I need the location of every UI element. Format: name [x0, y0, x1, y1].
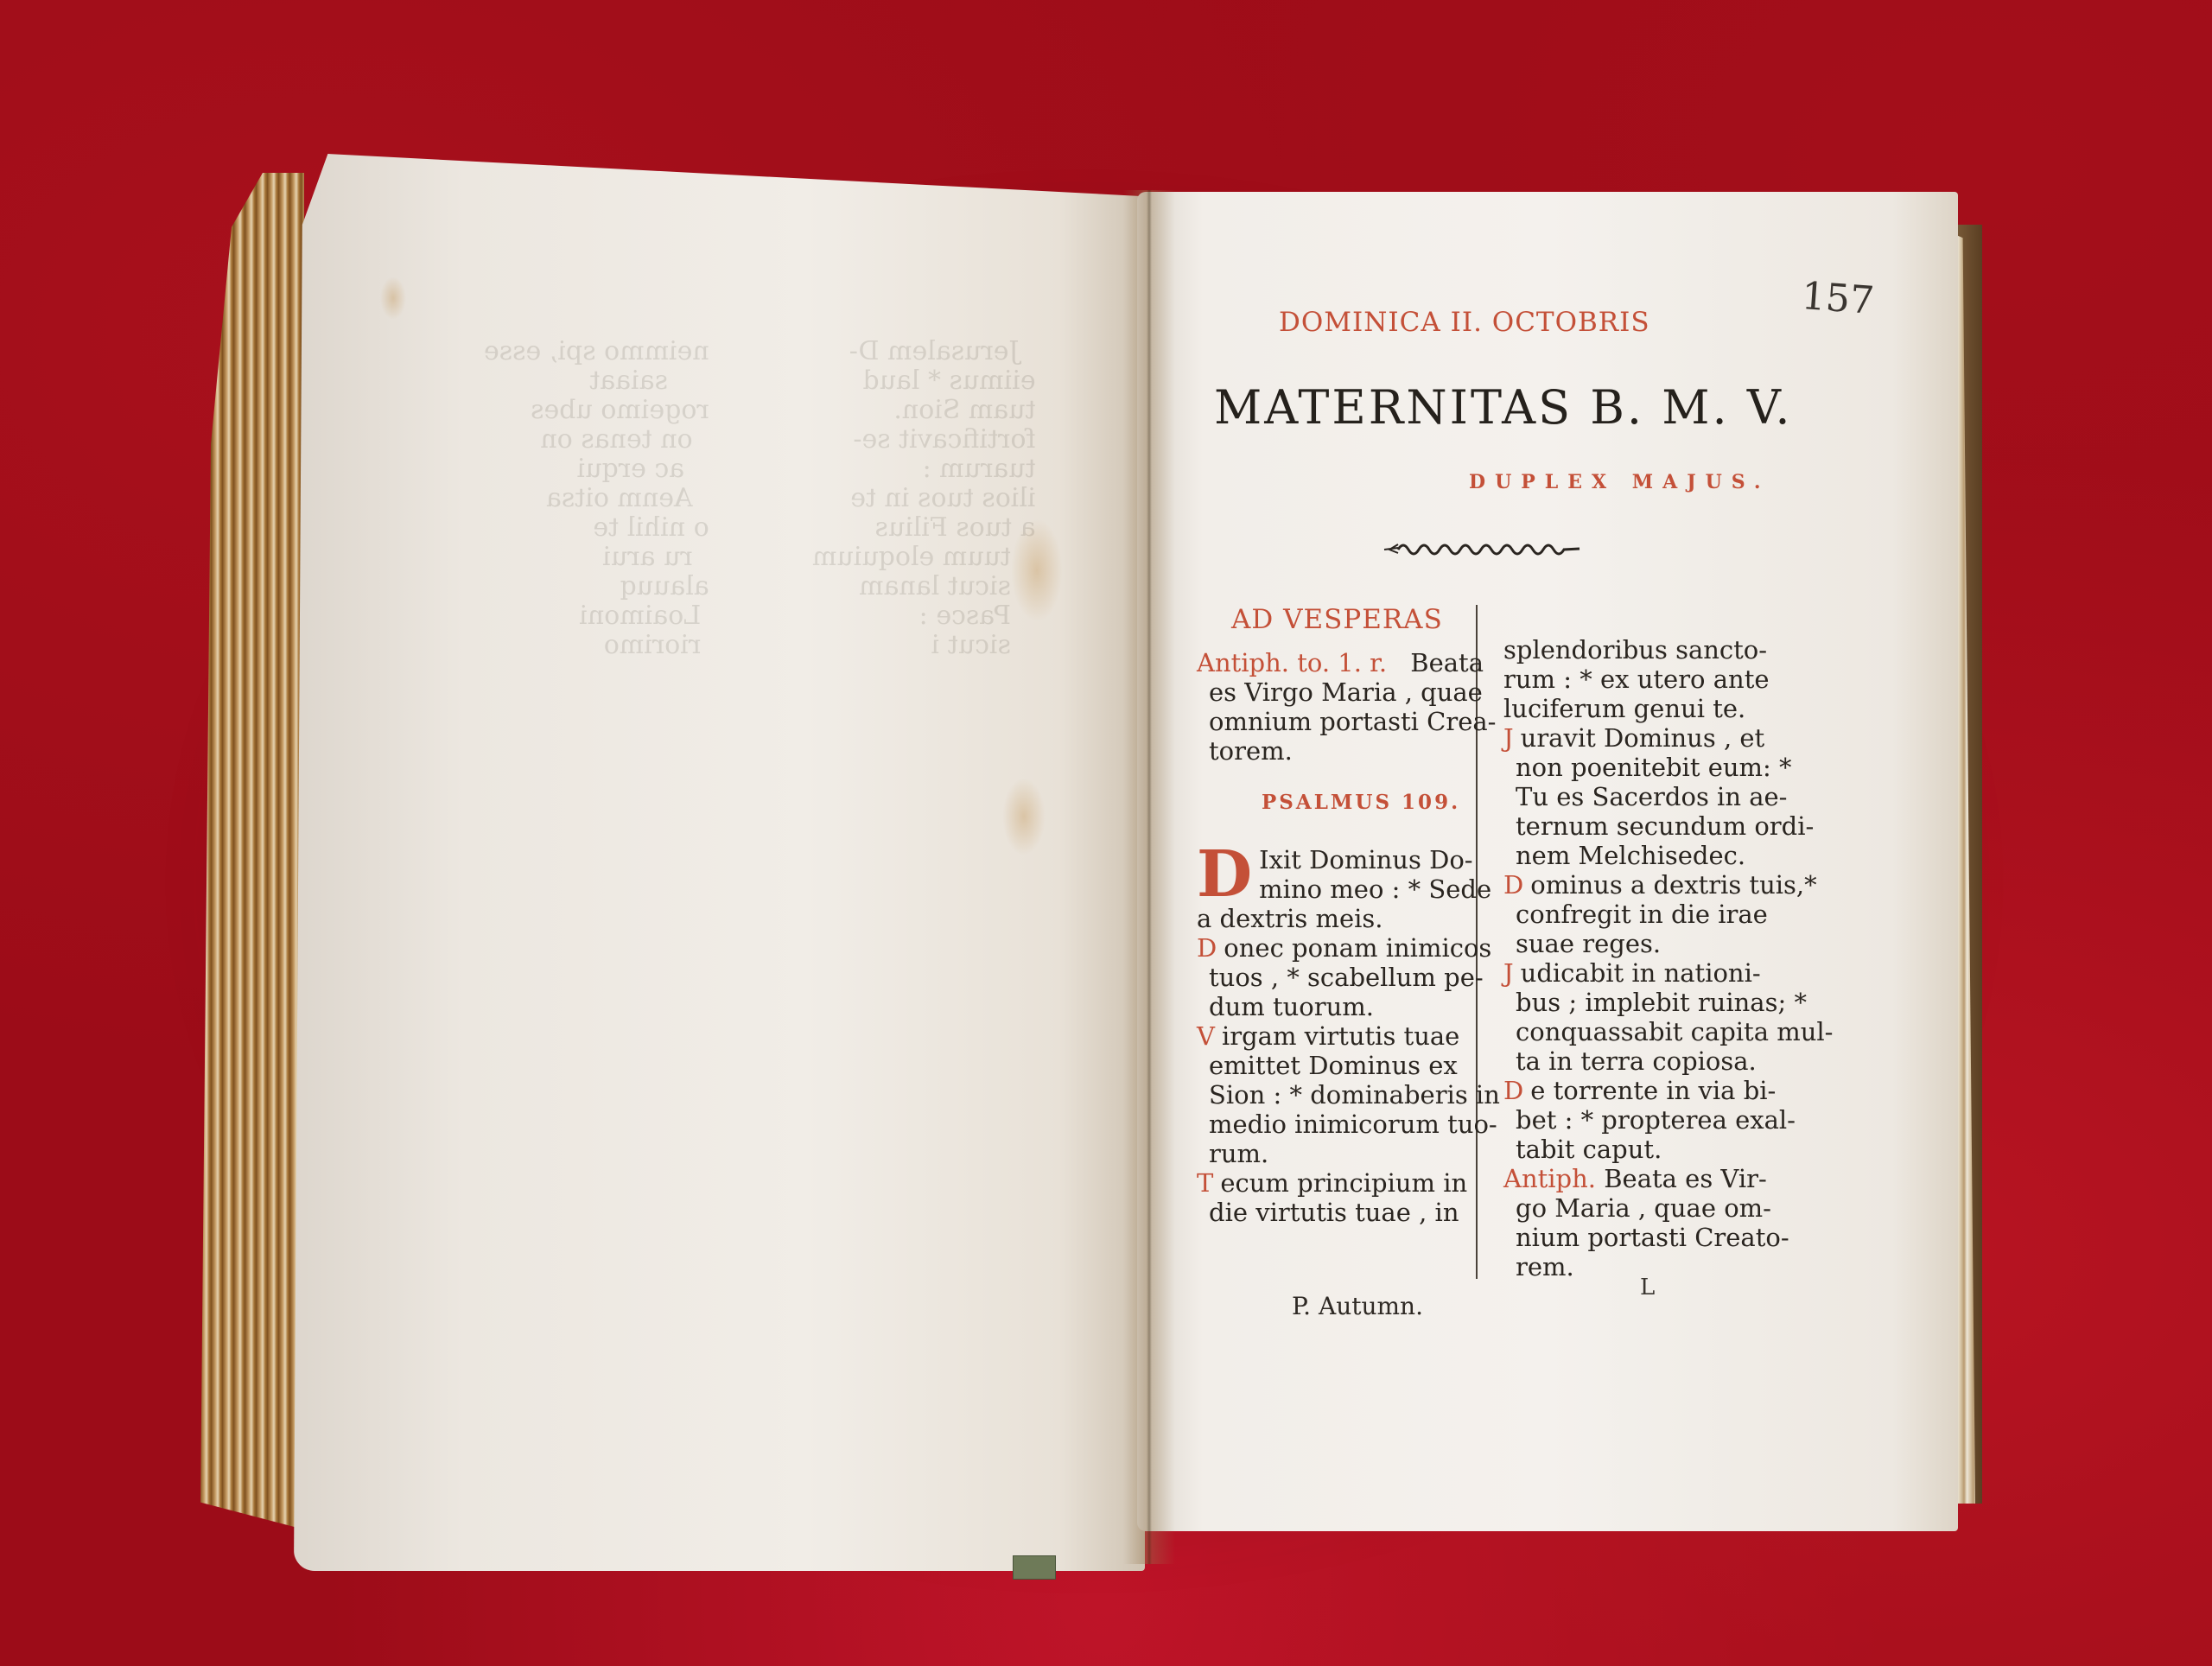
verse: Virgam virtutis tuae emittet Dominus ex … [1197, 1021, 1478, 1168]
antiphon-line: torem. [1197, 736, 1478, 766]
verse: Donec ponam inimicos tuos , * scabellum … [1197, 933, 1478, 1021]
verse-initial: D [1503, 1076, 1523, 1105]
verse-initial: D [1197, 933, 1217, 963]
verse: D Ixit Dominus Do- mino meo : * Sede a d… [1197, 845, 1478, 933]
antiphon-line: Antiph. to. 1. r. Beata [1197, 648, 1478, 677]
psalm-heading: PSALMUS 109. [1197, 788, 1478, 817]
verse: Dominus a dextris tuis,* confregit in di… [1503, 870, 1780, 958]
verse-line: ominus a dextris tuis,* [1530, 870, 1816, 900]
feast-title: MATERNITAS B. M. V. [1214, 380, 1793, 435]
paper-stain [380, 277, 406, 320]
verse-line: Sion : * dominaberis in [1197, 1080, 1478, 1110]
verse-initial: J [1503, 723, 1514, 753]
verse-line: nem Melchisedec. [1503, 841, 1780, 870]
antiphon-line: go Maria , quae om- [1503, 1193, 1780, 1223]
left-column: AD VESPERAS Antiph. to. 1. r. Beata es V… [1197, 605, 1478, 1227]
antiphon-label: Antiph. [1503, 1164, 1596, 1193]
bookmark-ribbon [1013, 1555, 1056, 1580]
paper-stain [1011, 518, 1063, 622]
feast-rank: DUPLEX MAJUS. [1469, 471, 1770, 493]
page-number: 157 [1800, 274, 1875, 323]
antiphon-line: nium portasti Creato- [1503, 1223, 1780, 1252]
verse-initial: J [1503, 958, 1514, 988]
running-head: DOMINICA II. OCTOBRIS [1279, 307, 1650, 338]
verse-line: die virtutis tuae , in [1197, 1198, 1478, 1227]
verse-line: ecum principium in [1220, 1168, 1467, 1198]
antiphon-line: Beata es Vir- [1604, 1164, 1767, 1193]
verse-line: bet : * propterea exal- [1503, 1105, 1780, 1135]
verse-line: luciferum genui te. [1503, 694, 1780, 723]
verse: De torrente in via bi- bet : * propterea… [1503, 1076, 1780, 1164]
verse-line: onec ponam inimicos [1224, 933, 1491, 963]
open-book: neimmo spi, esse saiaat rogeimo ubes on … [0, 0, 2212, 1666]
left-page-show-through-col2: Jerusalem D- eiimus * laud tuam Sion. fo… [812, 337, 1052, 660]
verse-line: non poenitebit eum: * [1503, 753, 1780, 782]
left-page-show-through: neimmo spi, esse saiaat rogeimo ubes on … [484, 337, 734, 660]
antiphon-label: Antiph. to. 1. r. [1197, 648, 1387, 677]
verse-line: medio inimicorum tuo- [1197, 1110, 1478, 1139]
book-gutter [1123, 190, 1175, 1564]
verse-line: tuos , * scabellum pe- [1197, 963, 1478, 992]
verse-initial: D [1503, 870, 1523, 900]
left-page-block-edge [200, 173, 304, 1529]
verse-initial: V [1197, 1021, 1215, 1051]
verse-line: e torrente in via bi- [1530, 1076, 1776, 1105]
antiphon-line: es Virgo Maria , quae [1197, 677, 1478, 707]
verse-line: rum : * ex utero ante [1503, 664, 1780, 694]
verse-line: irgam virtutis tuae [1222, 1021, 1459, 1051]
verse-line: Tu es Sacerdos in ae- [1503, 782, 1780, 811]
verse-line: tabit caput. [1503, 1135, 1780, 1164]
section-heading: AD VESPERAS [1197, 605, 1478, 634]
verse: Juravit Dominus , et non poenitebit eum:… [1503, 723, 1780, 870]
verse: Judicabit in nationi- bus ; implebit rui… [1503, 958, 1780, 1076]
paper-stain [1002, 778, 1046, 855]
verse-initial: T [1197, 1168, 1213, 1198]
verse-line: dum tuorum. [1197, 992, 1478, 1021]
verse-line: bus ; implebit ruinas; * [1503, 988, 1780, 1017]
verse-line: suae reges. [1503, 929, 1780, 958]
verse: Tecum principium in die virtutis tuae , … [1197, 1168, 1478, 1227]
drop-cap: D [1197, 849, 1252, 900]
verse-line: uravit Dominus , et [1521, 723, 1765, 753]
gathering-letter: L [1640, 1275, 1655, 1300]
verse-line: a dextris meis. [1197, 904, 1478, 933]
wavy-rule-ornament-icon [1382, 536, 1581, 562]
signature-mark: P. Autumn. [1292, 1292, 1423, 1320]
verse-line: confregit in die irae [1503, 900, 1780, 929]
right-column: splendoribus sancto- rum : * ex utero an… [1503, 635, 1780, 1281]
verse-line: conquassabit capita mul- [1503, 1017, 1780, 1046]
antiphon-line: omnium portasti Crea- [1197, 707, 1478, 736]
verse-line: udicabit in nationi- [1521, 958, 1761, 988]
verse-line: splendoribus sancto- [1503, 635, 1780, 664]
verse-line: rum. [1197, 1139, 1478, 1168]
verse-line: emittet Dominus ex [1197, 1051, 1478, 1080]
verse-line: ternum secundum ordi- [1503, 811, 1780, 841]
verse-line: ta in terra copiosa. [1503, 1046, 1780, 1076]
closing-antiphon: Antiph. Beata es Vir- go Maria , quae om… [1503, 1164, 1780, 1281]
